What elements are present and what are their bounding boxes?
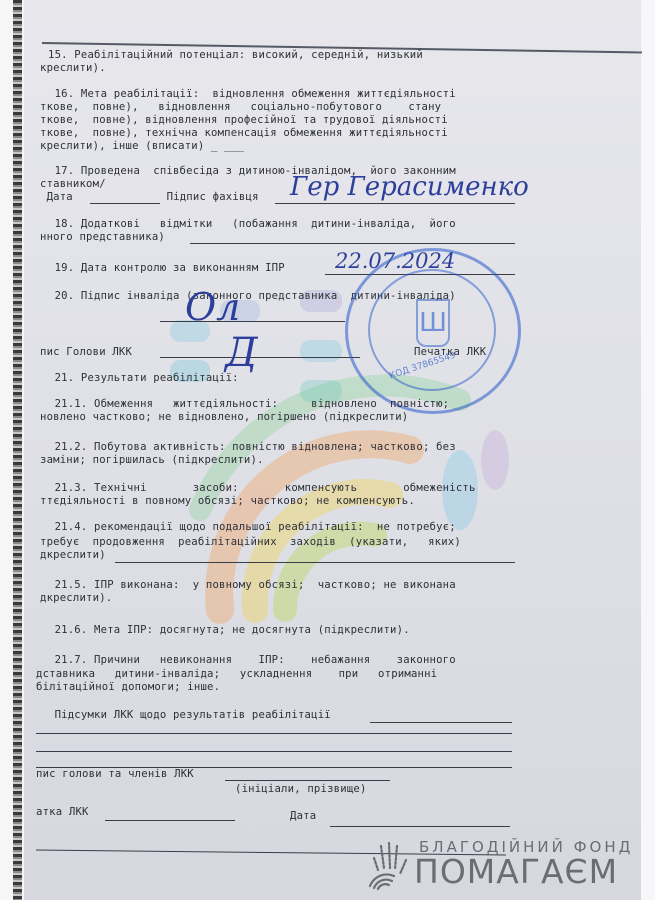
head-signature-label: пис Голови ЛКК	[40, 346, 132, 359]
item-21-5-line2: дкреслити).	[40, 592, 112, 605]
item-21-4-field[interactable]	[115, 562, 515, 563]
parent-signature: Ол	[185, 285, 240, 329]
item-21-1-line2: новлено частково; не відновлено, погірше…	[40, 411, 408, 424]
page-edge	[641, 0, 655, 900]
item-17-date-field[interactable]	[90, 203, 160, 204]
item-21-heading: 21. Результати реабілітації:	[48, 372, 239, 385]
item-21-2-line1: 21.2. Побутова активність: повністю відн…	[48, 441, 456, 454]
item-15-line1: 15. Реабілітаційний потенціал: високий, …	[48, 49, 423, 62]
item-16-line4: ткове, повне), технічна компенсація обме…	[40, 127, 448, 140]
item-15-line2: кресли­ти).	[40, 62, 106, 75]
specialist-signature-field[interactable]	[275, 203, 515, 204]
seal-label: атка ЛКК	[36, 806, 89, 819]
summary-field-1[interactable]	[370, 722, 512, 723]
item-18-line2: нного представника)	[40, 231, 165, 244]
item-21-4-line1: 21.4. рекомендації щодо подальшої реабіл…	[48, 521, 456, 534]
members-signature-label: пис голови та членів ЛКК	[36, 768, 194, 781]
item-16-line2: ткове, повне), відновлення соціально-поб…	[40, 101, 441, 114]
item-21-4-line2: требує продовження реабілітаційних заход…	[40, 536, 461, 549]
date-label: Дата	[290, 810, 316, 823]
item-21-1-line1: 21.1. Обмеження життєдіяльності: відновл…	[48, 398, 449, 411]
item-18-notes-field[interactable]	[190, 243, 515, 244]
summary-label: Підсумки ЛКК щодо результатів реабілітац…	[48, 709, 331, 722]
specialist-signature: Гер Герасименко	[290, 172, 529, 202]
item-21-6: 21.6. Мета ІПР: досягнута; не досягнута …	[48, 624, 410, 637]
summary-field-3[interactable]	[36, 751, 512, 752]
item-21-7-line1: 21.7. Причини невиконання ІПР: небажання…	[48, 654, 456, 667]
item-17-line2: ставником/	[40, 178, 106, 191]
members-signature-field[interactable]	[225, 780, 390, 781]
foundation-name: ПОМАГАЄМ	[414, 852, 618, 891]
head-signature-field[interactable]	[160, 357, 360, 358]
item-17-sign-label: Підпис фахівця	[160, 191, 259, 204]
initials-hint: (ініціали, прізвище)	[235, 783, 367, 796]
official-stamp: Ш КОД 37865549	[345, 248, 521, 414]
hand-fingerprint-icon	[364, 840, 412, 890]
item-21-2-line2: заміни; погіршилась (підкреслити).	[40, 454, 264, 467]
date-field[interactable]	[330, 826, 510, 827]
item-19-label: 19. Дата контролю за виконанням ІПР	[48, 262, 285, 275]
item-16-line5: кресли­ти), інше (вписати) _ ___	[40, 140, 244, 153]
item-18-line1: 18. Додаткові відмітки (побажання дитини…	[48, 218, 456, 231]
binder-strip	[13, 0, 22, 900]
item-21-7-line3: білітаційної допомоги; інше.	[36, 681, 220, 694]
item-17-date-label: Дата	[40, 191, 79, 204]
item-21-4-line3: дкреслити)	[40, 549, 106, 562]
item-21-7-line2: дставника дитини-інваліда; ускладнення п…	[36, 668, 437, 681]
item-16-line3: ткове, повне), відновлення професійної т…	[40, 114, 448, 127]
foundation-watermark-logo: БЛАГОДІЙНИЙ ФОНД ПОМАГАЄМ	[364, 838, 644, 898]
summary-field-2[interactable]	[36, 733, 512, 734]
item-16-line1: 16. Мета реабілітації: відновлення обмеж…	[48, 88, 456, 101]
trident-icon: Ш	[416, 299, 450, 347]
item-21-3-line1: 21.3. Технічні засоби: компенсують обмеж…	[48, 482, 476, 495]
head-signature: Д	[225, 330, 258, 376]
item-21-3-line2: ттєдіяльності в повному обсязі; частково…	[40, 495, 415, 508]
seal-field[interactable]	[105, 820, 235, 821]
item-21-5-line1: 21.5. ІПР виконана: у повному обсязі; ча…	[48, 579, 456, 592]
